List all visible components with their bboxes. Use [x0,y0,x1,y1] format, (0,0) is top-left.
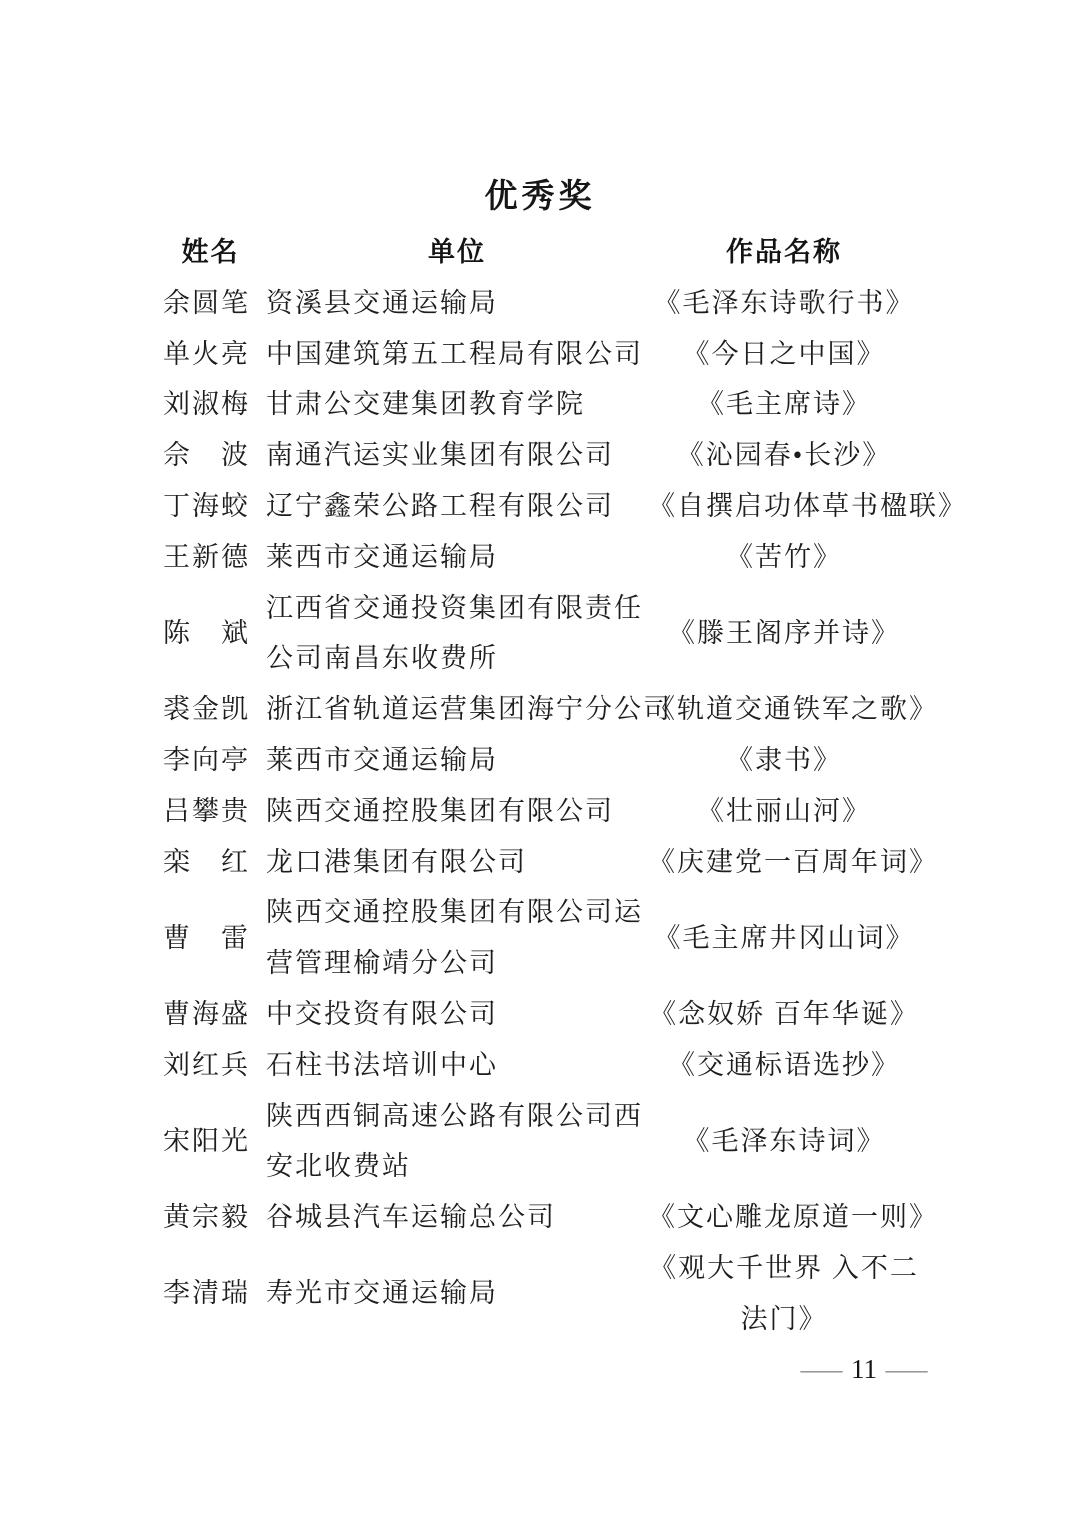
work-title: 《隶书》 [648,735,920,786]
table-header-row: 姓名 单位 作品名称 [163,227,920,278]
table-row: 丁海蛟 辽宁鑫荣公路工程有限公司 《自撰启功体草书楹联》 [163,481,920,532]
winner-unit: 莱西市交通运输局 [266,735,648,786]
page-title: 优秀奖 [0,174,1080,218]
page-number-dash-left: — [801,1352,843,1386]
work-title: 《滕王阁序并诗》 [648,608,920,659]
table-row: 曹 雷 陕西交通控股集团有限公司运 营管理榆靖分公司 《毛主席井冈山词》 [163,887,920,989]
table-row: 刘淑梅 甘肃公交建集团教育学院 《毛主席诗》 [163,379,920,430]
winner-unit: 辽宁鑫荣公路工程有限公司 [266,481,648,532]
table-row: 栾 红 龙口港集团有限公司 《庆建党一百周年词》 [163,837,920,888]
table-row: 黄宗毅 谷城县汽车运输总公司 《文心雕龙原道一则》 [163,1192,920,1243]
winner-unit: 寿光市交通运输局 [266,1268,648,1319]
work-title: 《沁园春•长沙》 [648,430,920,481]
winner-unit: 石柱书法培训中心 [266,1040,648,1091]
page-number-value: 11 [835,1352,893,1386]
award-table: 姓名 单位 作品名称 余圆笔 资溪县交通运输局 《毛泽东诗歌行书》 单火亮 中国… [163,227,920,1345]
winner-name: 丁海蛟 [163,481,258,532]
winner-name: 李清瑞 [163,1268,258,1319]
work-title: 《庆建党一百周年词》 [648,837,938,888]
winner-name: 余圆笔 [163,278,258,329]
table-row: 王新德 莱西市交通运输局 《苦竹》 [163,532,920,583]
winner-unit: 江西省交通投资集团有限责任 公司南昌东收费所 [266,583,648,685]
work-title: 《自撰启功体草书楹联》 [648,481,967,532]
winner-name: 单火亮 [163,329,258,380]
column-header-unit: 单位 [266,227,648,278]
work-title: 《今日之中国》 [648,329,920,380]
table-row: 曹海盛 中交投资有限公司 《念奴娇 百年华诞》 [163,989,920,1040]
work-title: 《毛主席诗》 [648,379,920,430]
table-row: 李清瑞 寿光市交通运输局 《观大千世界 入不二 法门》 [163,1243,920,1345]
winner-unit: 陕西交通控股集团有限公司 [266,786,648,837]
winner-unit: 中交投资有限公司 [266,989,648,1040]
winner-name: 陈 斌 [163,608,258,659]
work-title: 《毛主席井冈山词》 [648,913,920,964]
work-title: 《壮丽山河》 [648,786,920,837]
winner-unit: 甘肃公交建集团教育学院 [266,379,648,430]
winner-unit: 谷城县汽车运输总公司 [266,1192,648,1243]
winner-name: 黄宗毅 [163,1192,258,1243]
table-row: 陈 斌 江西省交通投资集团有限责任 公司南昌东收费所 《滕王阁序并诗》 [163,583,920,685]
work-title: 《毛泽东诗歌行书》 [648,278,920,329]
work-title: 《念奴娇 百年华诞》 [648,989,920,1040]
winner-name: 栾 红 [163,837,258,888]
column-header-name: 姓名 [163,227,258,278]
winner-name: 佘 波 [163,430,258,481]
winner-unit: 中国建筑第五工程局有限公司 [266,329,648,380]
document-page: 优秀奖 姓名 单位 作品名称 余圆笔 资溪县交通运输局 《毛泽东诗歌行书》 单火… [0,0,1080,1527]
work-title: 《毛泽东诗词》 [648,1116,920,1167]
work-title: 《苦竹》 [648,532,920,583]
winner-unit: 南通汽运实业集团有限公司 [266,430,648,481]
table-row: 单火亮 中国建筑第五工程局有限公司 《今日之中国》 [163,329,920,380]
table-row: 李向亭 莱西市交通运输局 《隶书》 [163,735,920,786]
work-title: 《轨道交通铁军之歌》 [648,684,938,735]
winner-name: 李向亭 [163,735,258,786]
winner-name: 吕攀贵 [163,786,258,837]
page-number: —11— [808,1352,920,1386]
table-row: 余圆笔 资溪县交通运输局 《毛泽东诗歌行书》 [163,278,920,329]
winner-unit: 浙江省轨道运营集团海宁分公司 [266,684,648,735]
winner-name: 裘金凯 [163,684,258,735]
table-row: 佘 波 南通汽运实业集团有限公司 《沁园春•长沙》 [163,430,920,481]
work-title: 《交通标语选抄》 [648,1040,920,1091]
winner-name: 宋阳光 [163,1116,258,1167]
winner-unit: 资溪县交通运输局 [266,278,648,329]
work-title: 《文心雕龙原道一则》 [648,1192,938,1243]
winner-name: 曹海盛 [163,989,258,1040]
table-row: 宋阳光 陕西西铜高速公路有限公司西 安北收费站 《毛泽东诗词》 [163,1091,920,1193]
winner-name: 刘淑梅 [163,379,258,430]
table-body: 余圆笔 资溪县交通运输局 《毛泽东诗歌行书》 单火亮 中国建筑第五工程局有限公司… [163,278,920,1345]
table-row: 裘金凯 浙江省轨道运营集团海宁分公司 《轨道交通铁军之歌》 [163,684,920,735]
winner-unit: 陕西西铜高速公路有限公司西 安北收费站 [266,1091,648,1193]
winner-unit: 陕西交通控股集团有限公司运 营管理榆靖分公司 [266,887,648,989]
winner-unit: 龙口港集团有限公司 [266,837,648,888]
winner-name: 刘红兵 [163,1040,258,1091]
column-header-work: 作品名称 [648,227,920,278]
winner-unit: 莱西市交通运输局 [266,532,648,583]
table-row: 吕攀贵 陕西交通控股集团有限公司 《壮丽山河》 [163,786,920,837]
work-title: 《观大千世界 入不二 法门》 [648,1243,920,1345]
table-row: 刘红兵 石柱书法培训中心 《交通标语选抄》 [163,1040,920,1091]
page-number-dash-right: — [886,1352,928,1386]
winner-name: 王新德 [163,532,258,583]
winner-name: 曹 雷 [163,913,258,964]
